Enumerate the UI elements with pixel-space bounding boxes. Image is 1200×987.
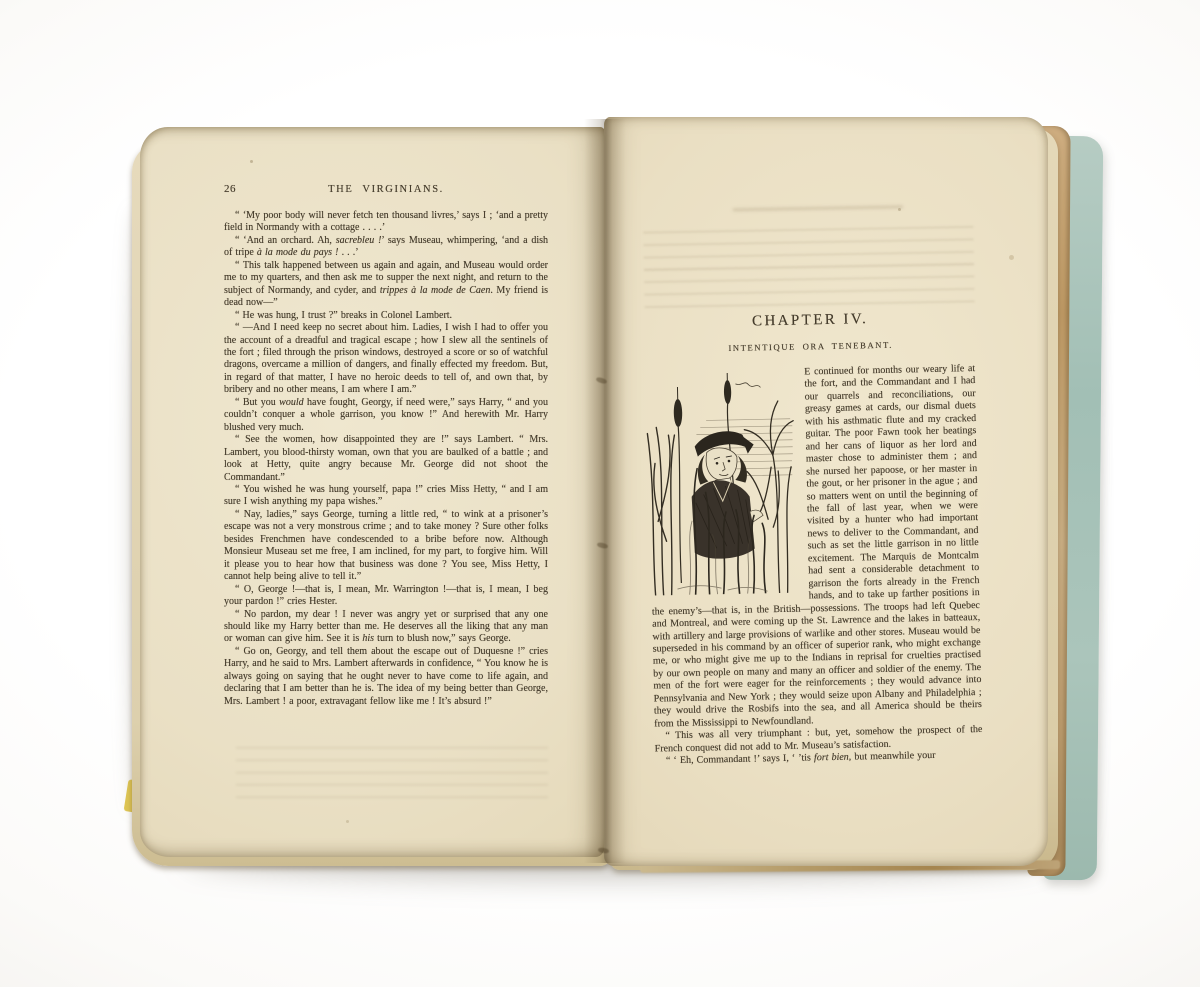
paragraph: “ But you would have fought, Georgy, if … bbox=[224, 397, 548, 434]
paragraph: “ Go on, Georgy, and tell them about the… bbox=[224, 646, 548, 708]
reeds-figure-woodcut bbox=[643, 369, 797, 596]
chapter-illustration bbox=[643, 369, 797, 596]
book-photo: 26 THE VIRGINIANS. “ ‘My poor body will … bbox=[0, 0, 1200, 987]
paragraph: “ You wished he was hung yourself, papa … bbox=[224, 484, 548, 509]
right-page-text: E continued for months our weary life at… bbox=[647, 363, 983, 768]
show-through-text-right bbox=[643, 226, 974, 312]
paragraph: “ He was hung, I trust ?” breaks in Colo… bbox=[224, 310, 548, 322]
paragraph: “ O, George !—that is, I mean, Mr. Warri… bbox=[224, 584, 548, 609]
left-page: 26 THE VIRGINIANS. “ ‘My poor body will … bbox=[140, 127, 606, 857]
chapter-motto: INTENTIQUE ORA TENEBANT. bbox=[647, 338, 975, 355]
paragraph: “ —And I need keep no secret about him. … bbox=[224, 322, 548, 397]
paper-speck bbox=[250, 160, 253, 163]
left-page-text: “ ‘My poor body will never fetch ten tho… bbox=[224, 210, 548, 708]
running-head-row: 26 THE VIRGINIANS. bbox=[224, 183, 548, 195]
paragraph: “ See the women, how disappointed they a… bbox=[224, 434, 548, 484]
chapter-heading: CHAPTER IV. bbox=[646, 309, 974, 333]
running-header: THE VIRGINIANS. bbox=[282, 184, 490, 195]
paragraph: “ ‘And an orchard. Ah, sacrebleu !’ says… bbox=[224, 235, 548, 260]
page-number: 26 bbox=[224, 183, 282, 195]
right-page: CHAPTER IV. INTENTIQUE ORA TENEBANT. bbox=[604, 117, 1048, 866]
show-through-text-left bbox=[236, 747, 548, 803]
paragraph: “ ‘My poor body will never fetch ten tho… bbox=[224, 210, 548, 235]
paragraph: “ No pardon, my dear ! I never was angry… bbox=[224, 609, 548, 646]
paragraph: “ This talk happened between us again an… bbox=[224, 260, 548, 310]
paragraph: “ Nay, ladies,” says George, turning a l… bbox=[224, 509, 548, 584]
